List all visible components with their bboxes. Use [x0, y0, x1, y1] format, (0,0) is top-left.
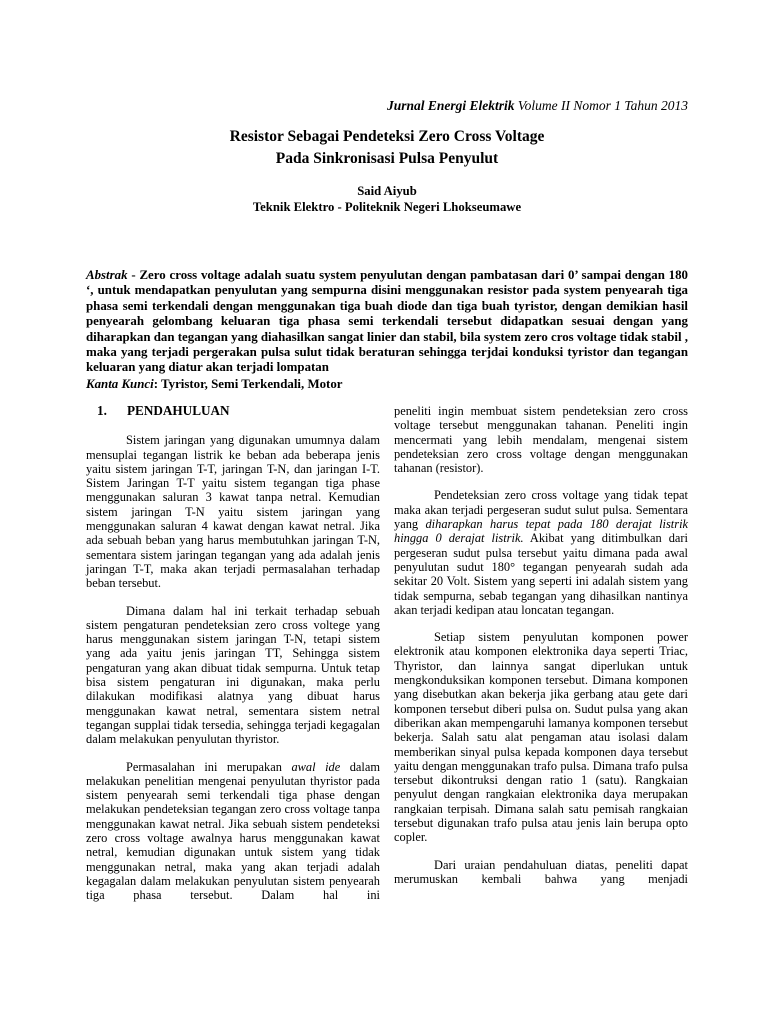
author-block: Said Aiyub Teknik Elektro - Politeknik N… — [86, 184, 688, 215]
paragraph: Permasalahan ini merupakan awal ide dala… — [86, 760, 380, 903]
author-name: Said Aiyub — [86, 184, 688, 200]
left-column: 1.PENDAHULUAN Sistem jaringan yang digun… — [86, 404, 380, 916]
section-number: 1. — [97, 404, 127, 418]
document-page: Jurnal Energi Elektrik Volume II Nomor 1… — [0, 0, 768, 1024]
paragraph: Dari uraian pendahuluan diatas, peneliti… — [394, 858, 688, 887]
section-heading-pendahuluan: 1.PENDAHULUAN — [86, 404, 380, 418]
keywords-text: : Tyristor, Semi Terkendali, Motor — [154, 377, 343, 391]
section-heading-label: PENDAHULUAN — [127, 403, 230, 418]
author-affiliation: Teknik Elektro - Politeknik Negeri Lhoks… — [86, 200, 688, 216]
abstract: Abstrak - Zero cross voltage adalah suat… — [86, 268, 688, 376]
paragraph-italic-text: awal ide — [291, 760, 340, 774]
paragraph-text: Permasalahan ini merupakan — [126, 760, 291, 774]
paper-title-line1: Resistor Sebagai Pendeteksi Zero Cross V… — [230, 128, 545, 145]
keywords-line: Kanta Kunci: Tyristor, Semi Terkendali, … — [86, 377, 688, 392]
keywords-label: Kanta Kunci — [86, 377, 154, 391]
paragraph: Pendeteksian zero cross voltage yang tid… — [394, 488, 688, 617]
paper-title-line2: Pada Sinkronisasi Pulsa Penyulut — [276, 150, 498, 167]
abstract-label: Abstrak — [86, 268, 128, 282]
journal-issue: Volume II Nomor 1 Tahun 2013 — [514, 98, 688, 113]
abstract-text: - Zero cross voltage adalah suatu system… — [86, 268, 688, 374]
journal-name: Jurnal Energi Elektrik — [387, 98, 515, 113]
paper-title: Resistor Sebagai Pendeteksi Zero Cross V… — [86, 126, 688, 169]
journal-header: Jurnal Energi Elektrik Volume II Nomor 1… — [86, 98, 688, 114]
body-columns: 1.PENDAHULUAN Sistem jaringan yang digun… — [86, 404, 688, 916]
right-column: peneliti ingin membuat sistem pendeteksi… — [394, 404, 688, 916]
paragraph: Sistem jaringan yang digunakan umumnya d… — [86, 433, 380, 590]
paragraph: Setiap sistem penyulutan komponen power … — [394, 630, 688, 844]
paragraph: Dimana dalam hal ini terkait terhadap se… — [86, 604, 380, 747]
paragraph: peneliti ingin membuat sistem pendeteksi… — [394, 404, 688, 475]
paragraph-text: dalam melakukan penelitian mengenai peny… — [86, 760, 380, 903]
